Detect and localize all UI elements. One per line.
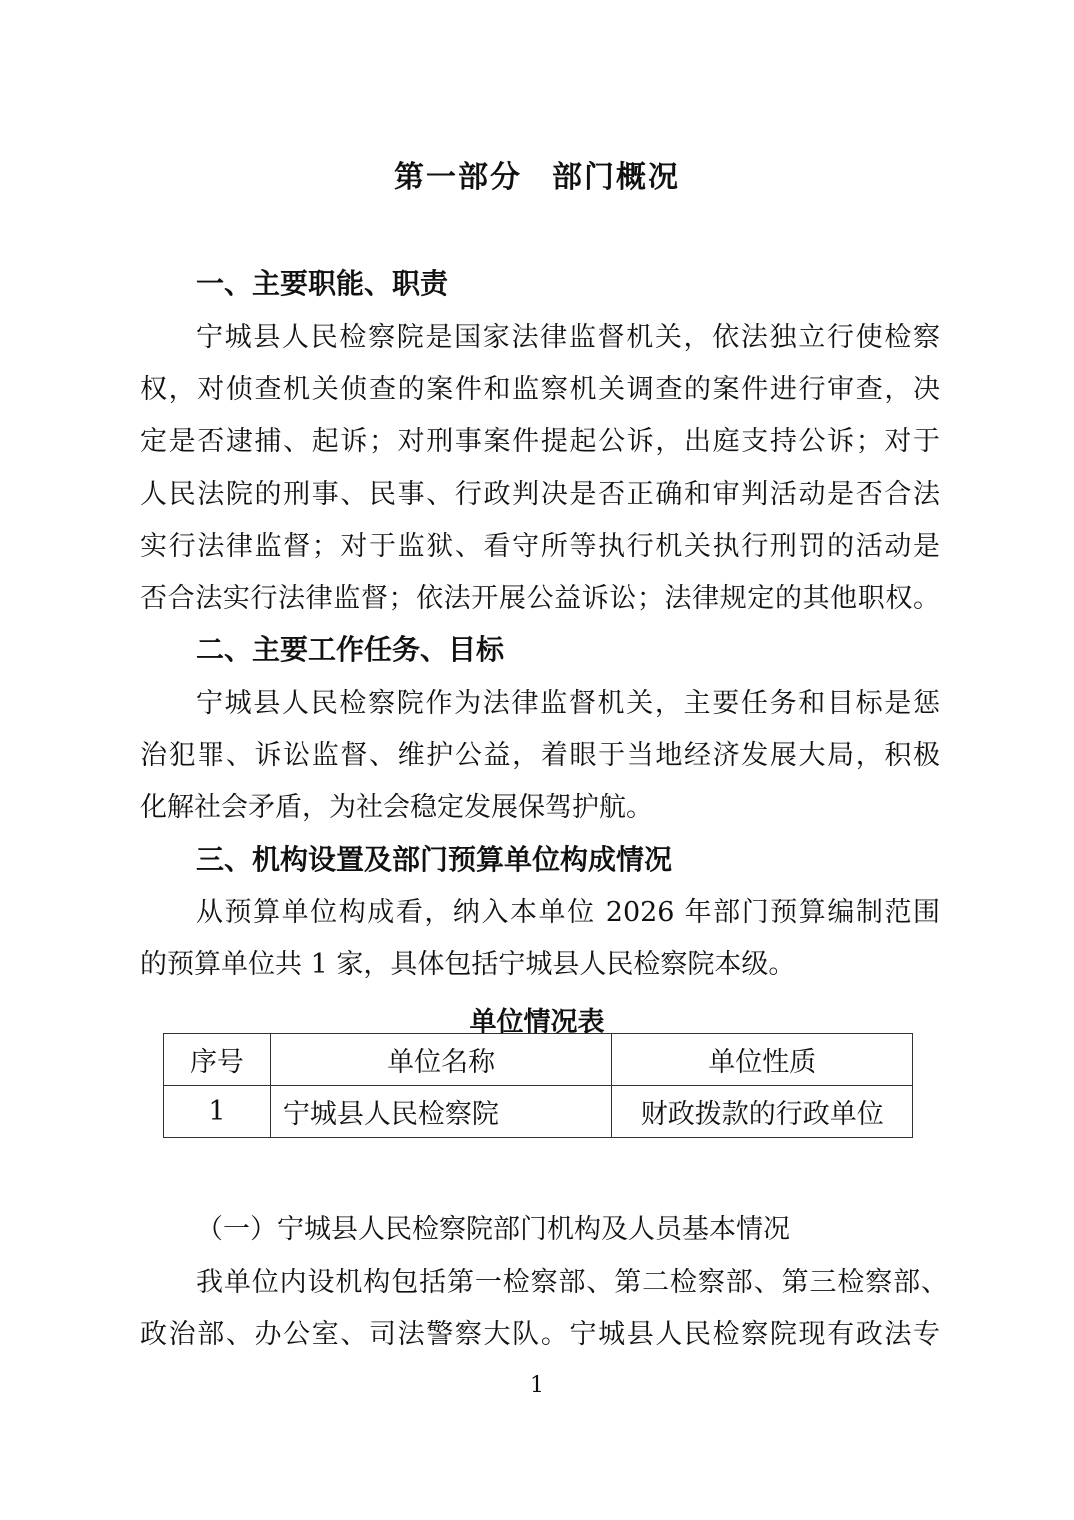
paragraph-line: 政治部、办公室、司法警察大队。宁城县人民检察院现有政法专: [140, 1312, 940, 1351]
table-header-cell: 单位性质: [612, 1034, 913, 1086]
paragraph-line: 宁城县人民检察院作为法律监督机关，主要任务和目标是惩: [196, 681, 940, 720]
paragraph-line: 从预算单位构成看，纳入本单位 2026 年部门预算编制范围: [196, 890, 940, 929]
paragraph-line: 实行法律监督；对于监狱、看守所等执行机关执行刑罚的活动是: [140, 524, 940, 563]
paragraph-line: 的预算单位共 1 家，具体包括宁城县人民检察院本级。: [140, 942, 940, 981]
paragraph-line: 权，对侦查机关侦查的案件和监察机关调查的案件进行审查，决: [140, 367, 940, 406]
table-cell: 财政拨款的行政单位: [612, 1086, 913, 1138]
title-part: 部门概况: [552, 160, 680, 195]
table-cell: 宁城县人民检察院: [270, 1086, 612, 1138]
paragraph-line: 化解社会矛盾，为社会稳定发展保驾护航。: [140, 785, 940, 824]
paragraph-line: 治犯罪、诉讼监督、维护公益，着眼于当地经济发展大局，积极: [140, 733, 940, 772]
section-heading: 一、主要职能、职责: [196, 262, 448, 302]
table-cell: 1: [164, 1086, 271, 1138]
table-header-row: 序号 单位名称 单位性质: [164, 1034, 913, 1086]
subsection-heading: （一）宁城县人民检察院部门机构及人员基本情况: [196, 1207, 790, 1246]
paragraph-line: 我单位内设机构包括第一检察部、第二检察部、第三检察部、: [196, 1260, 948, 1299]
paragraph-line: 否合法实行法律监督；依法开展公益诉讼；法律规定的其他职权。: [140, 576, 940, 615]
section-heading: 三、机构设置及部门预算单位构成情况: [196, 838, 672, 878]
table-header-cell: 单位名称: [270, 1034, 612, 1086]
title-part: 第一部分: [394, 160, 522, 195]
page-title: 第一部分部门概况: [0, 152, 1074, 196]
paragraph-line: 定是否逮捕、起诉；对刑事案件提起公诉，出庭支持公诉；对于: [140, 419, 940, 458]
table-header-cell: 序号: [164, 1034, 271, 1086]
paragraph-line: 人民法院的刑事、民事、行政判决是否正确和审判活动是否合法: [140, 472, 940, 511]
paragraph-line: 宁城县人民检察院是国家法律监督机关，依法独立行使检察: [196, 315, 940, 354]
page-number: 1: [0, 1373, 1074, 1398]
section-heading: 二、主要工作任务、目标: [196, 628, 504, 668]
table-row: 1 宁城县人民检察院 财政拨款的行政单位: [164, 1086, 913, 1138]
unit-table: 序号 单位名称 单位性质 1 宁城县人民检察院 财政拨款的行政单位: [163, 1033, 913, 1138]
